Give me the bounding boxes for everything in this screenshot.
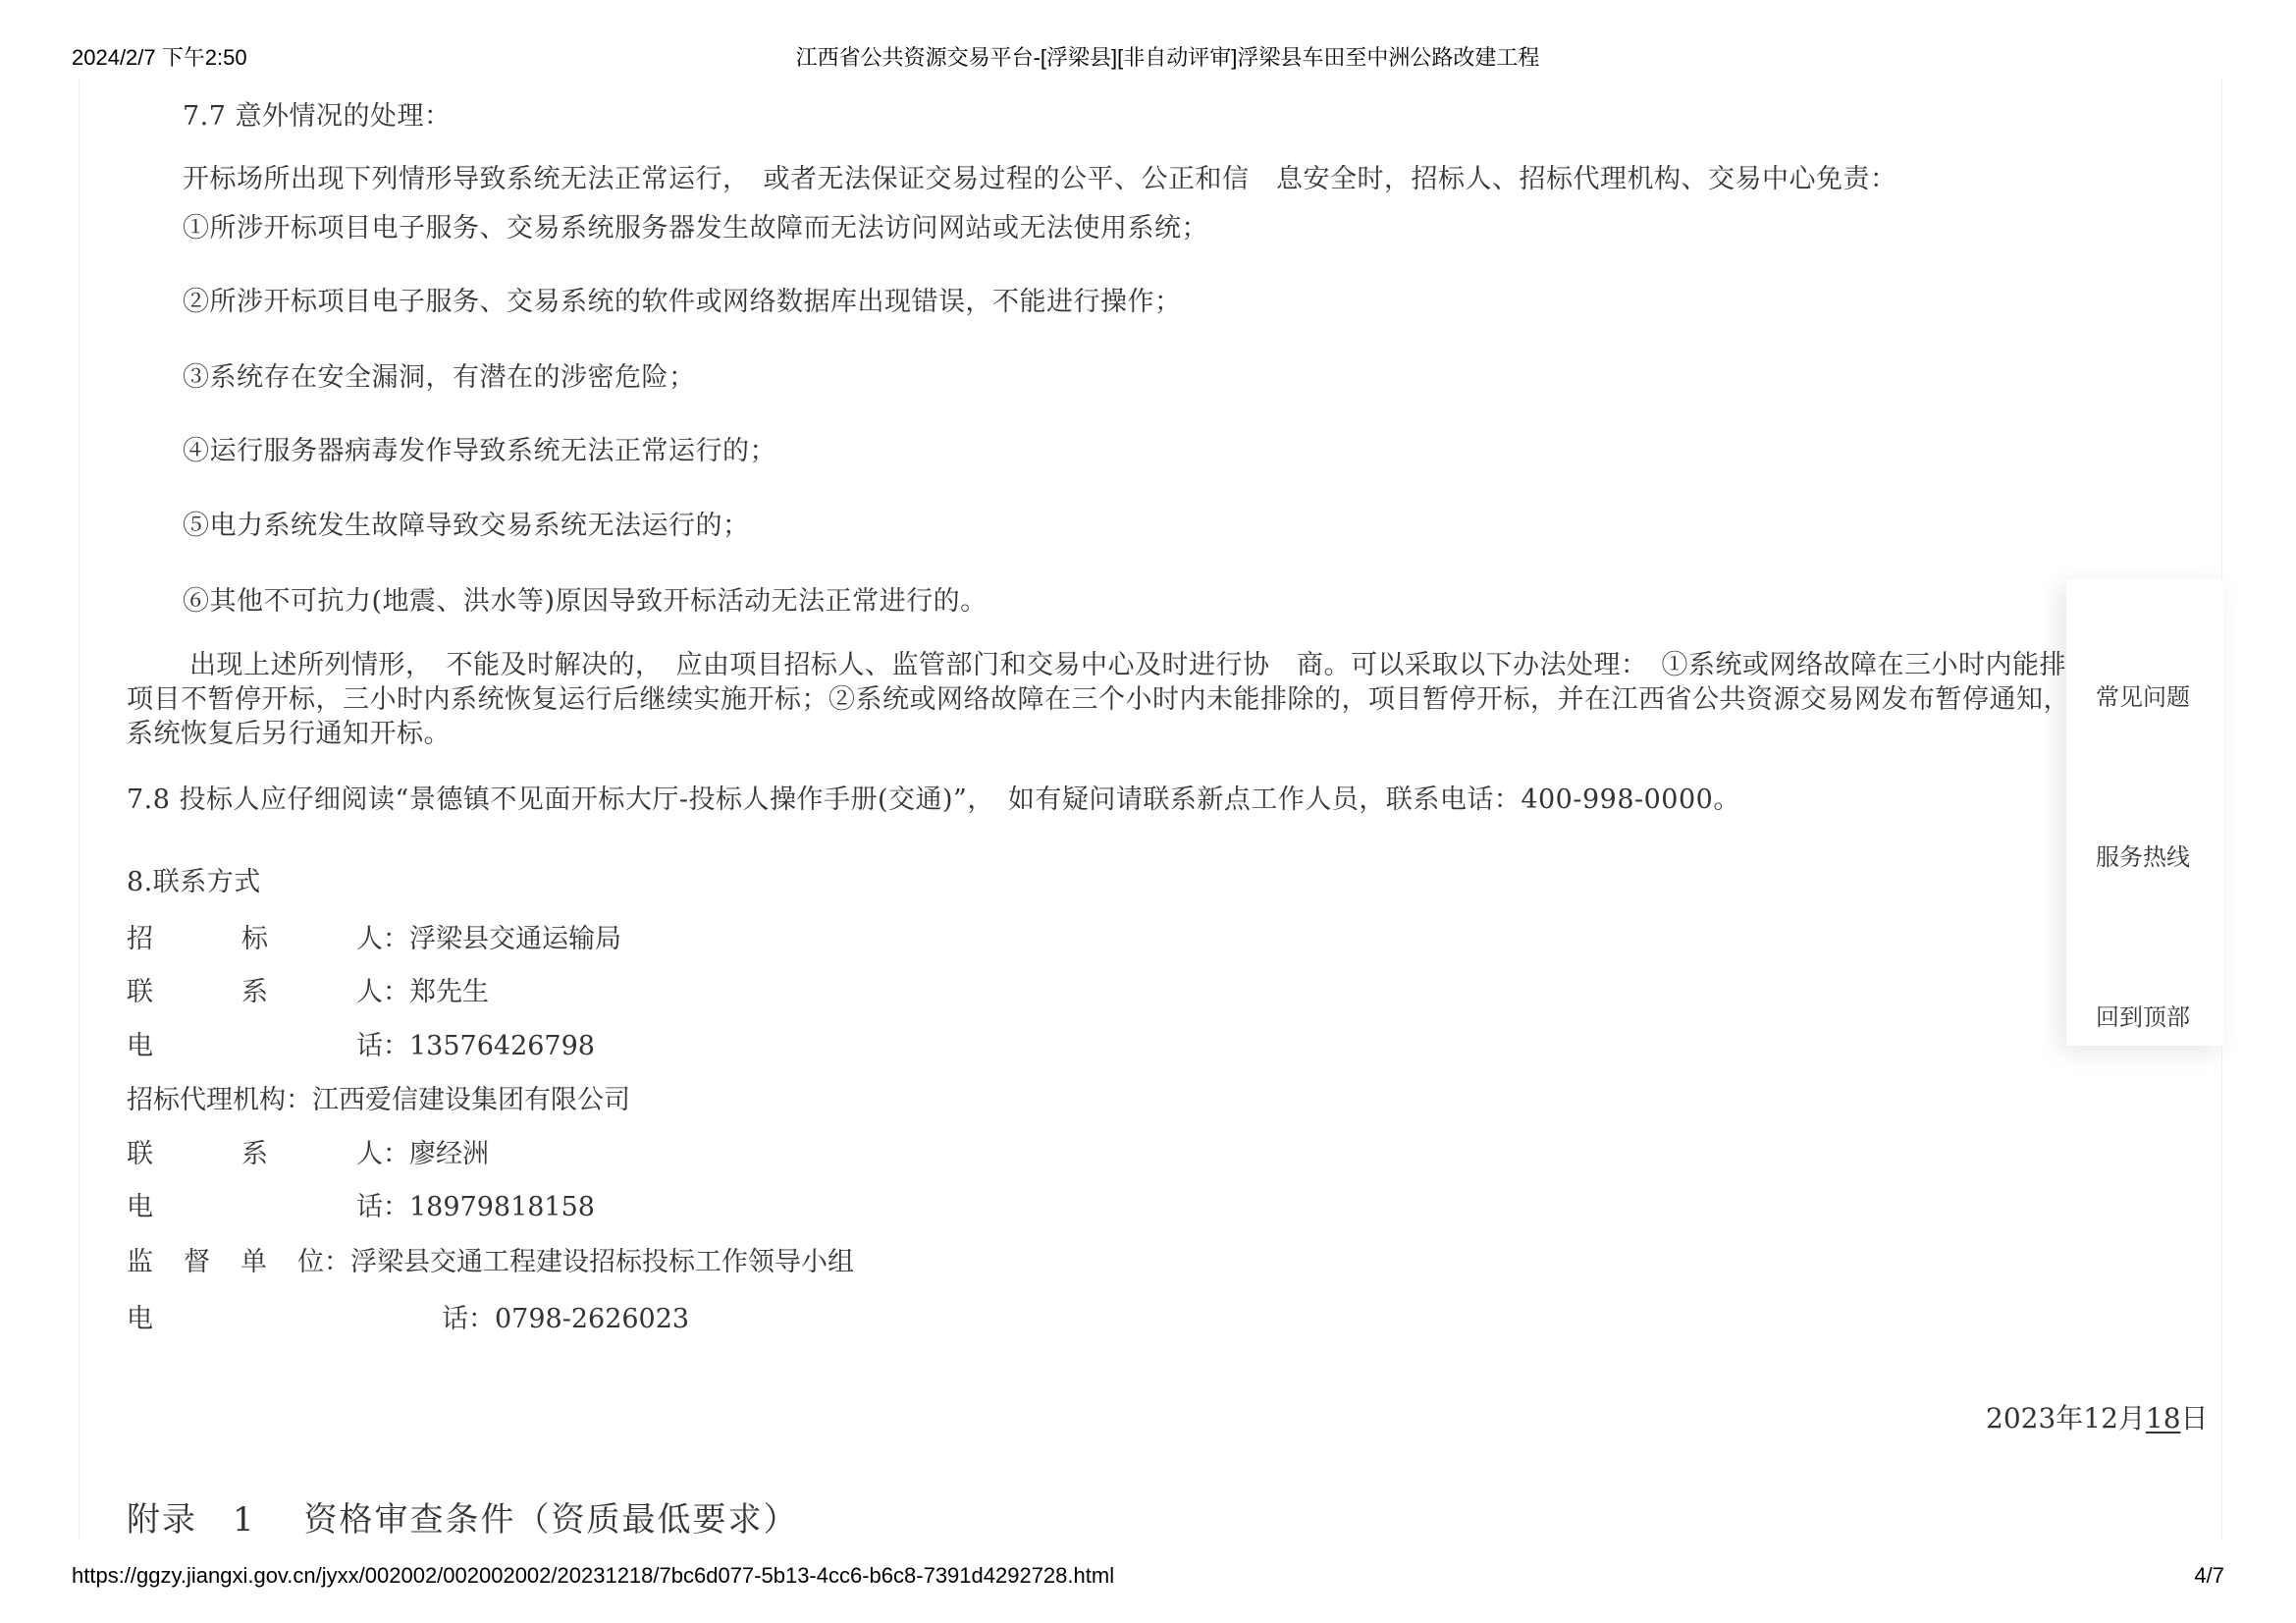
agency-label: 招标代理机构 bbox=[127, 1078, 286, 1116]
tenderer-contact-value: 郑先生 bbox=[409, 977, 489, 1007]
supervisor-phone-value: 0798-2626023 bbox=[495, 1304, 689, 1334]
label-char: 人 bbox=[356, 1132, 383, 1170]
contact-row-tenderer: 招标人：浮梁县交通运输局 bbox=[127, 917, 621, 955]
handling-paragraph-line-3: 系统恢复后另行通知开标。 bbox=[127, 712, 451, 750]
agency-phone-value: 18979818158 bbox=[409, 1192, 595, 1222]
colon: ： bbox=[324, 1247, 350, 1277]
contact-row-tenderer-contact: 联系人：郑先生 bbox=[127, 970, 489, 1008]
colon: ： bbox=[383, 924, 409, 954]
floating-side-widget: 常见问题 服务热线 回到顶部 bbox=[2066, 579, 2223, 1046]
label-char: 话 bbox=[356, 1185, 383, 1223]
label-char: 联 bbox=[127, 1132, 241, 1170]
list-item-6: ⑥其他不可抗力(地震、洪水等)原因导致开标活动无法正常进行的。 bbox=[183, 579, 988, 618]
agency-contact-value: 廖经洲 bbox=[409, 1139, 489, 1169]
handling-paragraph-line-1: 出现上述所列情形， 不能及时解决的， 应由项目招标人、监管部门和交易中心及时进行… bbox=[189, 643, 2172, 681]
label-char: 标 bbox=[241, 917, 356, 955]
label-char: 电 bbox=[127, 1297, 442, 1335]
label-char: 话 bbox=[356, 1024, 383, 1062]
contact-row-agency: 招标代理机构：江西爱信建设集团有限公司 bbox=[127, 1078, 630, 1116]
label-char: 位 bbox=[297, 1240, 324, 1278]
supervisor-value: 浮梁县交通工程建设招标投标工作领导小组 bbox=[350, 1247, 854, 1277]
colon: ： bbox=[383, 977, 409, 1007]
list-item-3: ③系统存在安全漏洞，有潜在的涉密危险； bbox=[183, 355, 696, 394]
section-7-8-text: 7.8 投标人应仔细阅读“景德镇不见面开标大厅-投标人操作手册(交通)”， 如有… bbox=[127, 778, 1740, 816]
label-char: 电 bbox=[127, 1185, 356, 1223]
label-char: 单 bbox=[240, 1240, 297, 1278]
print-page-title: 江西省公共资源交易平台-[浮梁县][非自动评审]浮梁县车田至中洲公路改建工程 bbox=[72, 41, 2224, 72]
tenderer-phone-value: 13576426798 bbox=[409, 1031, 595, 1061]
section-7-7-heading: 7.7 意外情况的处理： bbox=[183, 94, 452, 133]
signature-date: 2023年12月18日 bbox=[1986, 1397, 2209, 1436]
label-char: 招 bbox=[127, 917, 241, 955]
service-hotline-button[interactable]: 服务热线 bbox=[2096, 838, 2214, 872]
list-item-5: ⑤电力系统发生故障导致交易系统无法运行的； bbox=[183, 504, 750, 542]
colon: ： bbox=[286, 1085, 312, 1115]
label-char: 督 bbox=[184, 1240, 240, 1278]
page-number: 4/7 bbox=[2194, 1563, 2224, 1589]
label-char: 系 bbox=[241, 970, 356, 1008]
appendix-title: 附录 1 资格审查条件（资质最低要求） bbox=[127, 1492, 798, 1541]
handling-paragraph-line-2: 项目不暂停开标，三小时内系统恢复运行后继续实施开标；②系统或网络故障在三个小时内… bbox=[127, 677, 2109, 716]
contact-row-supervisor: 监督单位：浮梁县交通工程建设招标投标工作领导小组 bbox=[127, 1240, 854, 1278]
page-url: https://ggzy.jiangxi.gov.cn/jyxx/002002/… bbox=[72, 1563, 1114, 1589]
section-7-7-intro: 开标场所出现下列情形导致系统无法正常运行， 或者无法保证交易过程的公平、公正和信… bbox=[183, 157, 1897, 195]
contact-row-agency-contact: 联系人：廖经洲 bbox=[127, 1132, 489, 1170]
colon: ： bbox=[383, 1031, 409, 1061]
tenderer-value: 浮梁县交通运输局 bbox=[409, 924, 621, 954]
contact-row-tenderer-phone: 电话：13576426798 bbox=[127, 1024, 595, 1062]
label-char: 系 bbox=[241, 1132, 356, 1170]
label-char: 联 bbox=[127, 970, 241, 1008]
label-char: 监 bbox=[127, 1240, 184, 1278]
list-item-2: ②所涉开标项目电子服务、交易系统的软件或网络数据库出现错误，不能进行操作； bbox=[183, 280, 1182, 318]
print-footer: https://ggzy.jiangxi.gov.cn/jyxx/002002/… bbox=[72, 1563, 2224, 1593]
label-char: 人 bbox=[356, 917, 383, 955]
colon: ： bbox=[468, 1304, 495, 1334]
agency-value: 江西爱信建设集团有限公司 bbox=[312, 1085, 630, 1115]
contact-row-supervisor-phone: 电话：0798-2626023 bbox=[127, 1297, 689, 1335]
list-item-1: ①所涉开标项目电子服务、交易系统服务器发生故障而无法访问网站或无法使用系统； bbox=[183, 206, 1208, 244]
back-to-top-button[interactable]: 回到顶部 bbox=[2096, 998, 2214, 1032]
label-char: 电 bbox=[127, 1024, 356, 1062]
document-content: 7.7 意外情况的处理： 开标场所出现下列情形导致系统无法正常运行， 或者无法保… bbox=[79, 79, 2222, 1542]
faq-button[interactable]: 常见问题 bbox=[2096, 677, 2214, 712]
label-char: 话 bbox=[442, 1297, 468, 1335]
date-day: 18 bbox=[2146, 1402, 2181, 1434]
print-header: 2024/2/7 下午2:50 江西省公共资源交易平台-[浮梁县][非自动评审]… bbox=[72, 41, 2224, 71]
section-8-heading: 8.联系方式 bbox=[127, 860, 261, 898]
label-char: 人 bbox=[356, 970, 383, 1008]
contact-row-agency-phone: 电话：18979818158 bbox=[127, 1185, 595, 1223]
colon: ： bbox=[383, 1139, 409, 1169]
date-prefix: 2023年12月 bbox=[1986, 1402, 2146, 1434]
list-item-4: ④运行服务器病毒发作导致系统无法正常运行的； bbox=[183, 429, 776, 467]
date-suffix: 日 bbox=[2181, 1402, 2209, 1434]
colon: ： bbox=[383, 1192, 409, 1222]
